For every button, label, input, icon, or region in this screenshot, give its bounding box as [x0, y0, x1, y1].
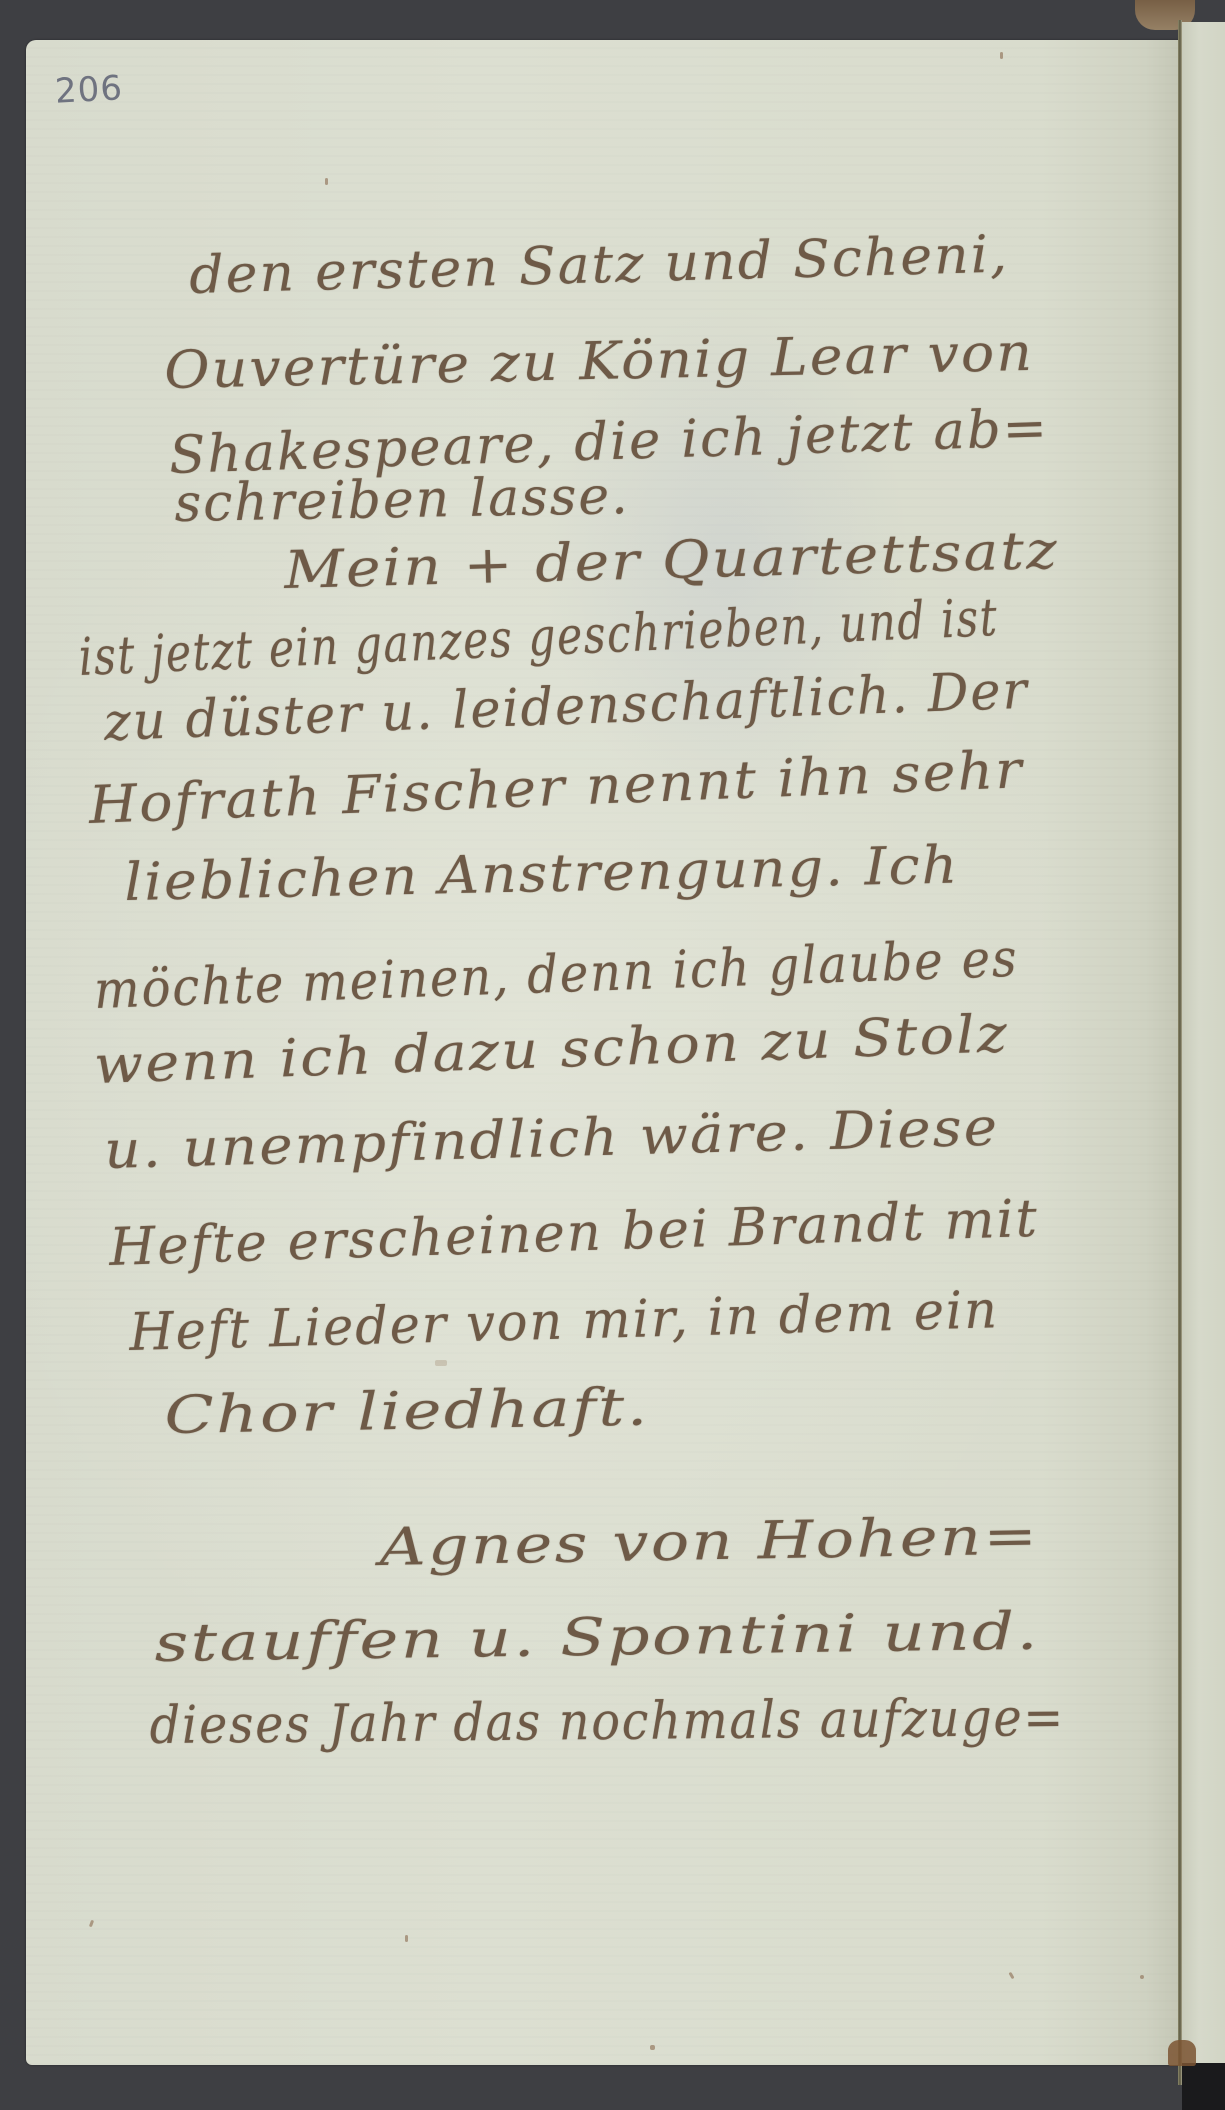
handwritten-line: schreiben lasse. [174, 470, 630, 530]
handwritten-line: stauffen u. Spontini und. [154, 1606, 1040, 1670]
folio-number: 206 [54, 68, 124, 111]
handwritten-line: dieses Jahr das nochmals aufzuge= [150, 1692, 1066, 1752]
handwritten-line: Agnes von Hohen= [379, 1510, 1040, 1574]
facing-page-strip [1182, 22, 1225, 2067]
handwritten-line: Chor liedhaft. [164, 1382, 650, 1442]
binding-shadow [1182, 2063, 1225, 2110]
page-fold-line [1178, 20, 1182, 2085]
binding-stain-bottom [1168, 2040, 1196, 2066]
manuscript-scan: 206 den ersten Satz und Scheni,Ouvertüre… [0, 0, 1225, 2110]
